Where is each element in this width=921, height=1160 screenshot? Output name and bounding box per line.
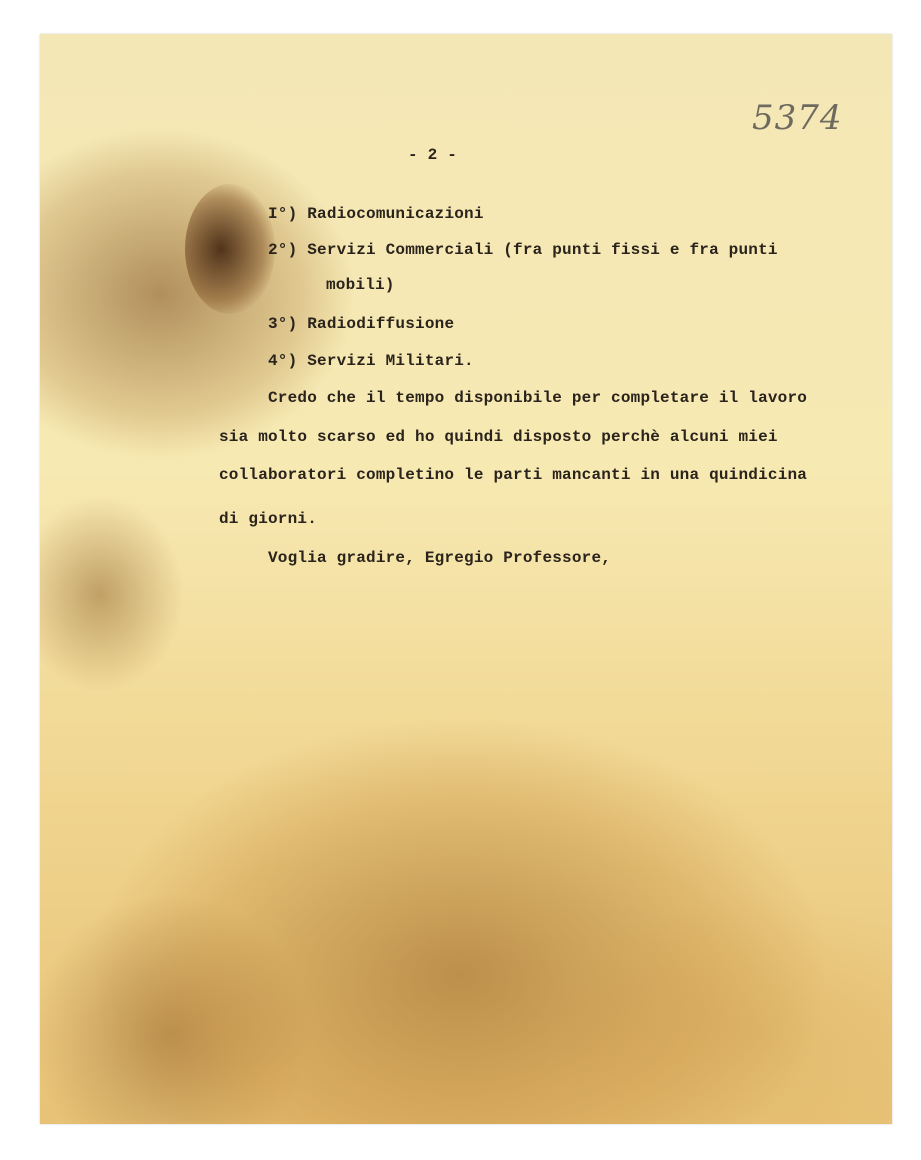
paragraph-line-3: collaboratori completino le parti mancan… (219, 466, 807, 484)
list-marker: 3°) (268, 315, 297, 333)
list-item-2-continuation: mobili) (326, 276, 395, 294)
list-item-2: 2°) Servizi Commerciali (fra punti fissi… (268, 241, 778, 259)
list-text: Servizi Militari. (307, 352, 474, 370)
archive-number: 5374 (752, 98, 843, 138)
document-page (40, 34, 892, 1124)
page-number: - 2 - (408, 146, 457, 164)
paragraph-line-4: di giorni. (219, 510, 317, 528)
list-text: Radiocomunicazioni (307, 205, 483, 223)
list-item-3: 3°) Radiodiffusione (268, 315, 454, 333)
list-text: Servizi Commerciali (fra punti fissi e f… (307, 241, 777, 259)
list-item-4: 4°) Servizi Militari. (268, 352, 474, 370)
list-marker: 4°) (268, 352, 297, 370)
list-text: Radiodiffusione (307, 315, 454, 333)
burn-stain (185, 184, 275, 314)
paragraph-line-1: Credo che il tempo disponibile per compl… (268, 389, 807, 407)
list-marker: 2°) (268, 241, 297, 259)
list-item-1: I°) Radiocomunicazioni (268, 205, 484, 223)
paragraph-line-2: sia molto scarso ed ho quindi disposto p… (219, 428, 778, 446)
list-marker: I°) (268, 205, 297, 223)
closing-line: Voglia gradire, Egregio Professore, (268, 549, 611, 567)
